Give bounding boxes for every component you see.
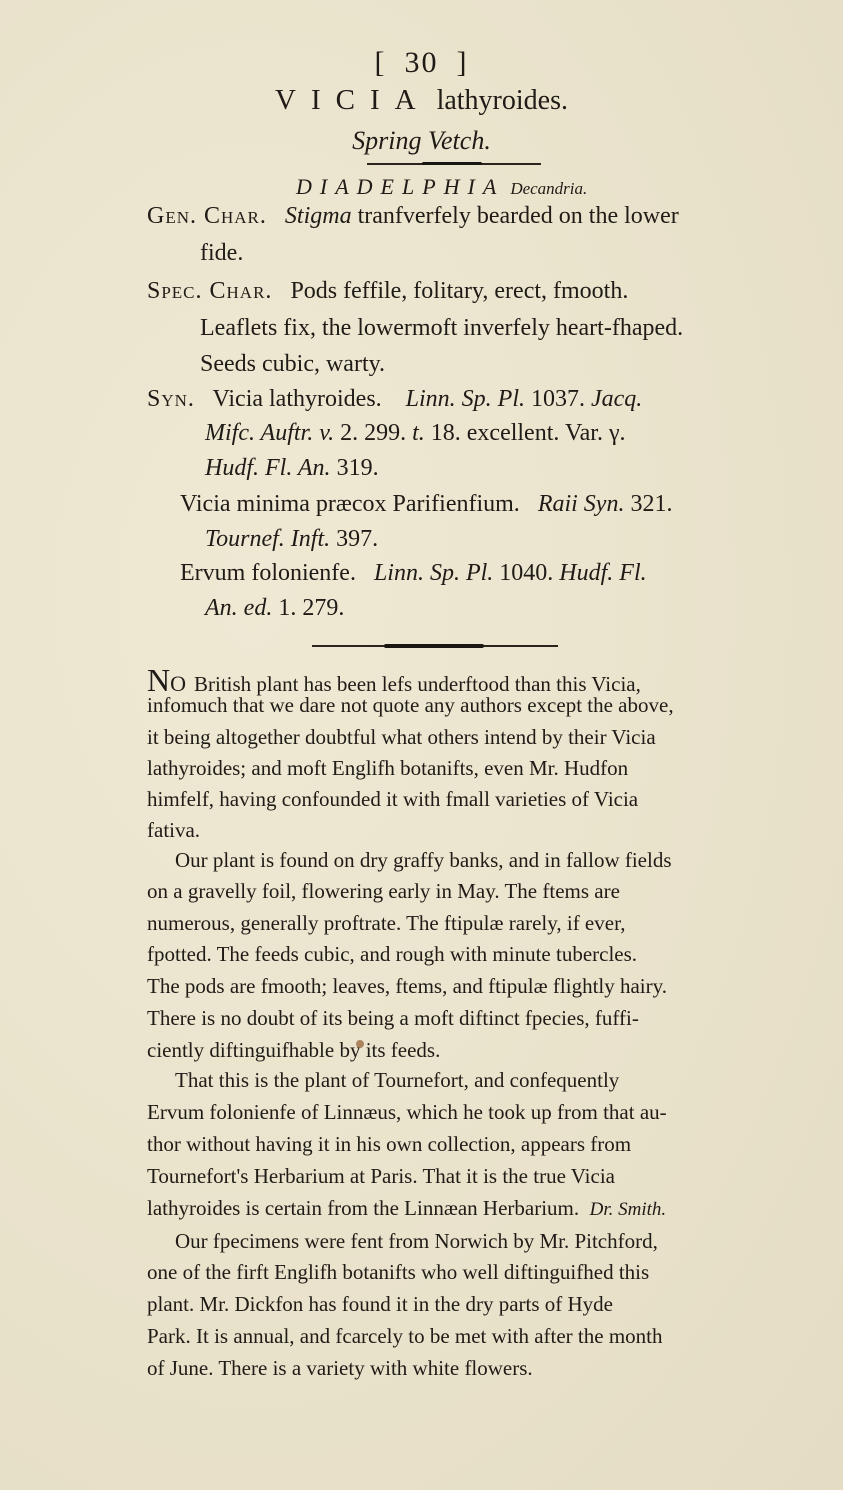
text-line: it being altogether doubtful what others… [147,725,767,750]
specific-character: Spec. Char. Pods feffile, folitary, erec… [147,278,628,305]
spec-char-text-2: Leaflets fix, the lowermoft inverfely he… [200,315,683,342]
text-line: numerous, generally proftrate. The ftipu… [147,911,767,936]
syn-num: 1037. [531,386,585,412]
text-line: on a gravelly foil, flowering early in M… [147,879,767,904]
synonym-line-1: Syn. Vicia lathyroides. Linn. Sp. Pl. 10… [147,386,642,413]
spec-char-text: Pods feffile, folitary, erect, fmooth. [290,278,628,304]
text-line: infomuch that we dare not quote any auth… [147,693,767,718]
text-line: of June. There is a variety with white f… [147,1356,767,1381]
page-title: VICIAlathyroides. [0,84,843,117]
text-span: lathyroides is certain from the Linnæan … [147,1196,579,1220]
syn-num: 321. [630,491,672,517]
syn-num: 1. 279. [278,595,344,621]
synonym-line-7: An. ed. 1. 279. [205,595,344,622]
syn-num: 2. 299. [340,420,406,446]
text-line: Ervum folonienfe of Linnæus, which he to… [147,1100,767,1125]
species-name: lathyroides. [437,85,568,116]
bracket-close: ] [457,46,469,79]
syn-ref: Hudf. Fl. An. [205,455,331,481]
text-line: thor without having it in his own collec… [147,1132,767,1157]
text-line: fpotted. The feeds cubic, and rough with… [147,942,767,967]
text-line: There is no doubt of its being a moft di… [147,1006,767,1031]
text-line: plant. Mr. Dickfon has found it in the d… [147,1292,767,1317]
signature: Dr. Smith. [590,1199,667,1220]
syn-ref: Linn. Sp. Pl. [374,560,493,586]
generic-character: Gen. Char. Stigma tranfverfely bearded o… [147,203,679,230]
spec-char-text-3: Seeds cubic, warty. [200,351,385,378]
syn-ref: Jacq. [591,386,642,412]
linnaean-class: DIADELPHIADecandria. [296,174,587,200]
gen-char-label: Gen. Char. [147,203,267,229]
text-line: ciently diftinguifhable by its feeds. [147,1038,767,1063]
order-name: Decandria. [510,179,587,198]
synonym-line-2: Mifc. Auftr. v. 2. 299. t. 18. excellent… [205,420,626,447]
common-name: Spring Vetch. [0,126,843,156]
page-number-value: 30 [405,46,439,79]
syn-text: 18. excellent. Var. γ. [431,420,626,446]
synonym-line-3: Hudf. Fl. An. 319. [205,455,379,482]
text-line: himfelf, having confounded it with fmall… [147,787,767,812]
gen-char-text-cont: fide. [200,240,243,267]
syn-num: 397. [336,526,378,552]
synonym-line-5: Tournef. Inft. 397. [205,526,378,553]
text-line: Our fpecimens were fent from Norwich by … [175,1229,795,1254]
syn-ref: Tournef. Inft. [205,526,330,552]
text-line: That this is the plant of Tournefort, an… [175,1068,795,1093]
text-line: lathyroides is certain from the Linnæan … [147,1196,767,1221]
section-divider [312,645,558,647]
syn-name: Ervum folonienfe. [180,560,356,586]
spec-char-label: Spec. Char. [147,278,272,304]
text-line: Tournefort's Herbarium at Paris. That it… [147,1164,767,1189]
title-divider [367,163,541,165]
synonym-line-6: Ervum folonienfe. Linn. Sp. Pl. 1040. Hu… [180,560,647,587]
genus-name: VICIA [275,84,431,116]
text-line: lathyroides; and moft Englifh botanifts,… [147,756,767,781]
syn-ref: An. ed. [205,595,272,621]
syn-num: 319. [337,455,379,481]
text-line: Our plant is found on dry graffy banks, … [175,848,795,873]
syn-name: Vicia minima præcox Parifienfium. [180,491,520,517]
syn-name: Vicia lathyroides. [212,386,381,412]
syn-ref: Linn. Sp. Pl. [406,386,525,412]
syn-ref: Mifc. Auftr. v. [205,420,334,446]
synonym-line-4: Vicia minima præcox Parifienfium. Raii S… [180,491,672,518]
syn-label: Syn. [147,386,195,412]
bracket-open: [ [375,46,387,79]
gen-char-italic: Stigma [285,203,352,229]
class-name: DIADELPHIA [296,174,504,199]
syn-ref: Raii Syn. [538,491,625,517]
text-line: Park. It is annual, and fcarcely to be m… [147,1324,767,1349]
syn-ref: Hudf. Fl. [559,560,646,586]
text-line: one of the firft Englifh botanifts who w… [147,1260,767,1285]
text-line: fativa. [147,818,767,843]
paper-stain [356,1040,364,1048]
gen-char-text: tranfverfely bearded on the lower [352,203,679,229]
book-page: [30] VICIAlathyroides. Spring Vetch. DIA… [0,0,843,1490]
text-line: The pods are fmooth; leaves, ftems, and … [147,974,767,999]
page-number: [30] [0,46,843,80]
syn-num: 1040. [499,560,553,586]
syn-ref: t. [412,420,425,446]
